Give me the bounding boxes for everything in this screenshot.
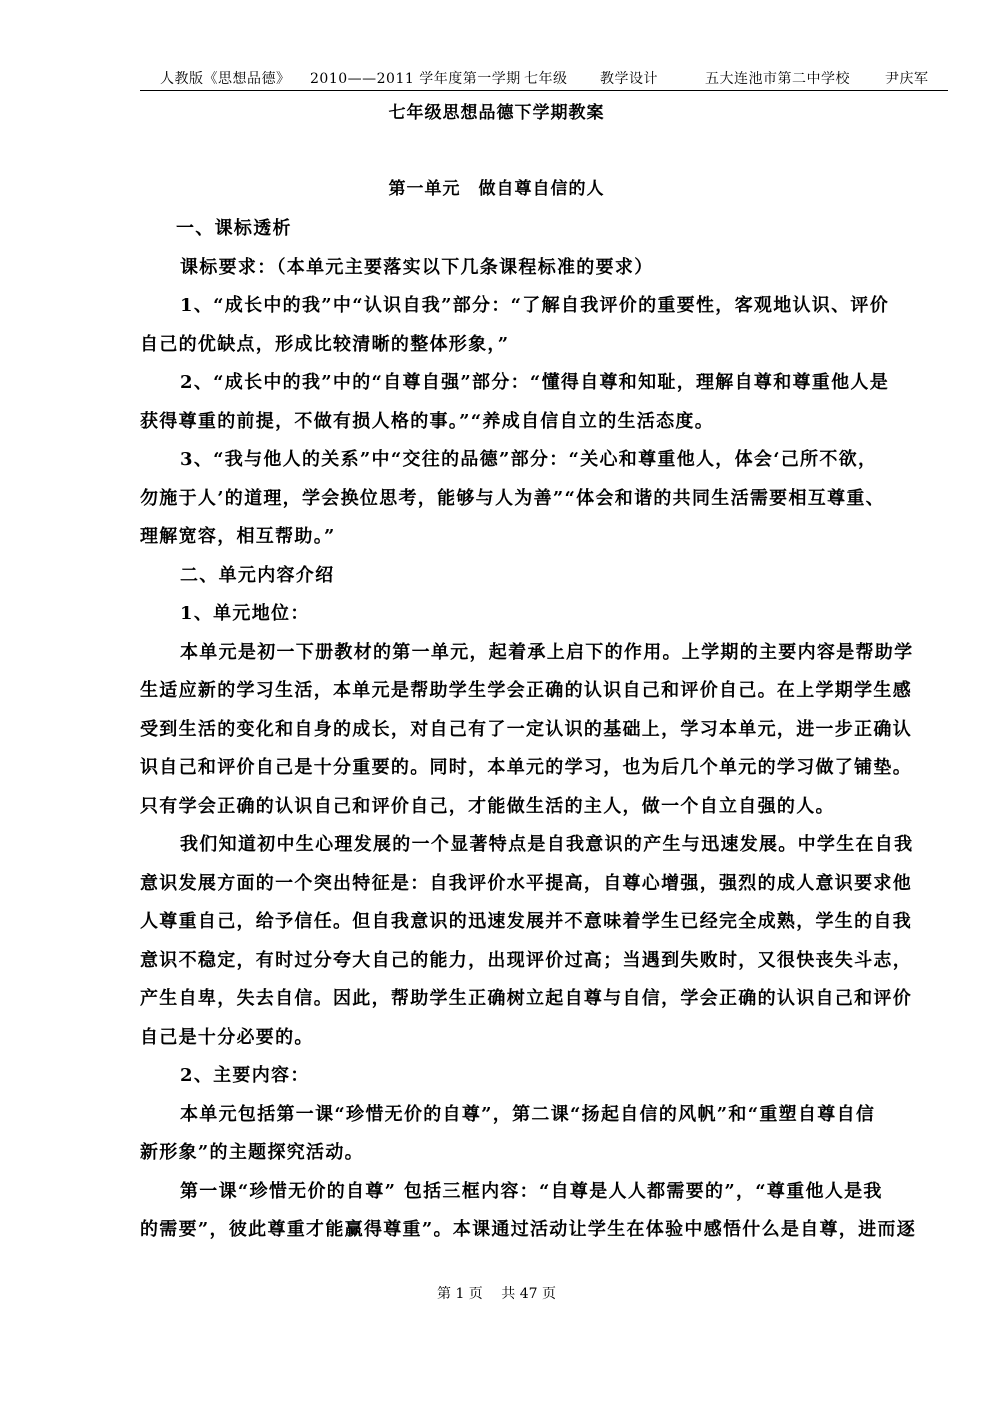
header-book: 人教版《思想品德》 — [160, 68, 291, 88]
text-line: 课标要求：（本单元主要落实以下几条课程标准的要求） — [140, 249, 948, 288]
document-title: 七年级思想品德下学期教案 — [0, 98, 993, 123]
header-grade: 七年级 — [524, 68, 568, 88]
text-line: 人尊重自己，给予信任。但自我意识的迅速发展并不意味着学生已经完全成熟，学生的自我 — [140, 903, 948, 942]
unit-title: 第一单元 做自尊自信的人 — [0, 174, 993, 199]
text-line: 本单元是初一下册教材的第一单元，起着承上启下的作用。上学期的主要内容是帮助学 — [140, 634, 948, 673]
text-line: 我们知道初中生心理发展的一个显著特点是自我意识的产生与迅速发展。中学生在自我 — [140, 826, 948, 865]
text-line: 的需要”，彼此尊重才能赢得尊重”。本课通过活动让学生在体验中感悟什么是自尊，进而… — [140, 1211, 948, 1250]
text-line: 意识不稳定，有时过分夸大自己的能力，出现评价过高；当遇到失败时，又很快丧失斗志， — [140, 942, 948, 981]
text-line: 1、“成长中的我”中“认识自我”部分：“了解自我评价的重要性，客观地认识、评价 — [140, 287, 948, 326]
text-line: 新形象”的主题探究活动。 — [140, 1134, 948, 1173]
text-line: 自己的优缺点，形成比较清晰的整体形象，” — [140, 326, 948, 365]
text-line: 本单元包括第一课“珍惜无价的自尊”，第二课“扬起自信的风帆”和“重塑自尊自信 — [140, 1096, 948, 1135]
header-author: 尹庆军 — [885, 68, 929, 88]
page-header: 人教版《思想品德》 2010——2011 学年度第一学期 七年级 教学设计 五大… — [140, 66, 948, 91]
text-line: 识自己和评价自己是十分重要的。同时，本单元的学习，也为后几个单元的学习做了铺垫。 — [140, 749, 948, 788]
text-line: 一、课标透析 — [140, 210, 948, 249]
text-line: 3、“我与他人的关系”中“交往的品德”部分：“关心和尊重他人，体会‘己所不欲， — [140, 441, 948, 480]
text-line: 受到生活的变化和自身的成长，对自己有了一定认识的基础上，学习本单元，进一步正确认 — [140, 711, 948, 750]
text-line: 产生自卑，失去自信。因此，帮助学生正确树立起自尊与自信，学会正确的认识自己和评价 — [140, 980, 948, 1019]
header-type: 教学设计 — [600, 68, 658, 88]
document-body: 一、课标透析课标要求：（本单元主要落实以下几条课程标准的要求）1、“成长中的我”… — [140, 210, 948, 1250]
header-term: 2010——2011 学年度第一学期 — [310, 68, 521, 88]
text-line: 自己是十分必要的。 — [140, 1019, 948, 1058]
text-line: 理解宽容，相互帮助。” — [140, 518, 948, 557]
text-line: 二、单元内容介绍 — [140, 557, 948, 596]
header-school: 五大连池市第二中学校 — [705, 68, 850, 88]
text-line: 勿施于人’的道理，学会换位思考，能够与人为善”“体会和谐的共同生活需要相互尊重、 — [140, 480, 948, 519]
page-footer: 第 1 页 共 47 页 — [0, 1283, 993, 1303]
text-line: 获得尊重的前提，不做有损人格的事。”“养成自信自立的生活态度。 — [140, 403, 948, 442]
text-line: 2、“成长中的我”中的“自尊自强”部分：“懂得自尊和知耻，理解自尊和尊重他人是 — [140, 364, 948, 403]
text-line: 第一课“珍惜无价的自尊” 包括三框内容：“自尊是人人都需要的”，“尊重他人是我 — [140, 1173, 948, 1212]
text-line: 只有学会正确的认识自己和评价自己，才能做生活的主人，做一个自立自强的人。 — [140, 788, 948, 827]
text-line: 2、主要内容： — [140, 1057, 948, 1096]
text-line: 生适应新的学习生活，本单元是帮助学生学会正确的认识自己和评价自己。在上学期学生感 — [140, 672, 948, 711]
text-line: 意识发展方面的一个突出特征是：自我评价水平提高，自尊心增强，强烈的成人意识要求他 — [140, 865, 948, 904]
text-line: 1、单元地位： — [140, 595, 948, 634]
